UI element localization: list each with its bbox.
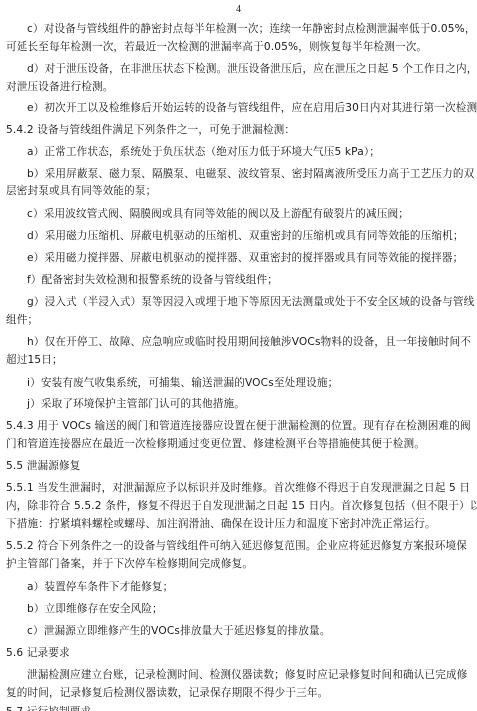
list-item-continued: 层密封泵或具有同等效能的泵； [6,184,477,198]
paragraph-line: 护主管部门备案，并于下次停车检修期间完成修复。 [6,557,477,571]
clause-heading: 5.4.3 用于 VOCs 输送的阀门和管道连接器应设置在便于泄漏检测的位置。现… [6,419,477,433]
list-item-continued: 超过15日； [6,353,477,367]
paragraph-line: e）初次开工以及检维修后开始运转的设备与管线组件，应在启用后30日内对其进行第一… [27,101,477,115]
paragraph-line: 泄漏检测应建立台账，记录检测时间、检测仪器读数；修复时应记录修复时间和确认已完成… [27,668,477,682]
list-item: b）立即维修存在安全风险； [27,602,477,616]
list-item: b）采用屏蔽泵、磁力泵、隔膜泵、电磁泵、波纹管泵、密封隔离液所受压力高于工艺压力… [27,167,477,181]
clause-heading: 5.4.2 设备与管线组件满足下列条件之一，可免于泄漏检测： [6,123,477,137]
list-item: h）仅在开停工、故障、应急响应或临时投用期间接触涉VOCs物料的设备，且一年接触… [27,335,477,349]
list-item: c）泄漏源立即维修产生的VOCs排放量大于延迟修复的排放量。 [27,624,477,638]
page-number: 4 [0,4,477,15]
section-heading: 5.5 泄漏源修复 [6,459,477,473]
paragraph-line: 对泄压设备进行检测。 [6,80,477,94]
list-item-continued: 组件； [6,313,477,327]
paragraph-line: 内，除非符合 5.5.2 条件，修复不得迟于自发现泄漏之日起 15 日内。首次修… [6,499,477,513]
paragraph-line: d）对于泄压设备，在非泄压状态下检测。泄压设备泄压后，应在泄压之日起 5 个工作… [27,62,477,76]
clause-heading: 5.5.1 当发生泄漏时，对泄漏源应予以标识并及时维修。首次维修不得迟于自发现泄… [6,481,477,495]
paragraph-line: c）对设备与管线组件的静密封点每半年检测一次；连续一年静密封点检测泄漏率低于0.… [27,22,477,36]
list-item: a）装置停车条件下才能修复； [27,580,477,594]
paragraph-line: 下措施：拧紧填料螺栓或螺母、加注润滑油、确保在设计压力和温度下密封冲洗正常运行。 [6,517,477,531]
paragraph-line: 门和管道连接器应在最近一次检修期通过变更位置、修建检测平台等措施使其便于检测。 [6,437,477,451]
list-item: e）采用磁力搅拌器、屏蔽电机驱动的搅拌器、双重密封的搅拌器或具有同等效能的搅拌器… [27,251,477,265]
clause-heading: 5.5.2 符合下列条件之一的设备与管线组件可纳入延迟修复范围。企业应将延迟修复… [6,539,477,553]
list-item: i）安装有废气收集系统，可捕集、输送泄漏的VOCs至处理设施； [27,376,477,390]
list-item: f）配备密封失效检测和报警系统的设备与管线组件； [27,273,477,287]
list-item: d）采用磁力压缩机、屏蔽电机驱动的压缩机、双重密封的压缩机或具有同等效能的压缩机… [27,229,477,243]
paragraph-line: 可延长至每年检测一次，若最近一次检测的泄漏率高于0.05%，则恢复每半年检测一次… [6,40,477,54]
list-item: j）采取了环境保护主管部门认可的其他措施。 [27,397,477,411]
section-heading: 5.7 运行控制要求 [6,705,477,711]
list-item: c）采用波纹管式阀、隔膜阀或具有同等效能的阀以及上游配有破裂片的减压阀； [27,207,477,221]
list-item: g）浸入式（半浸入式）泵等因浸入或埋于地下等原因无法测量或处于不安全区域的设备与… [27,295,477,309]
list-item: a）正常工作状态，系统处于负压状态（绝对压力低于环境大气压5 kPa）； [27,145,477,159]
section-heading: 5.6 记录要求 [6,646,477,660]
paragraph-line: 复的时间，记录修复后检测仪器读数，记录保存期限不得少于三年。 [6,686,477,700]
